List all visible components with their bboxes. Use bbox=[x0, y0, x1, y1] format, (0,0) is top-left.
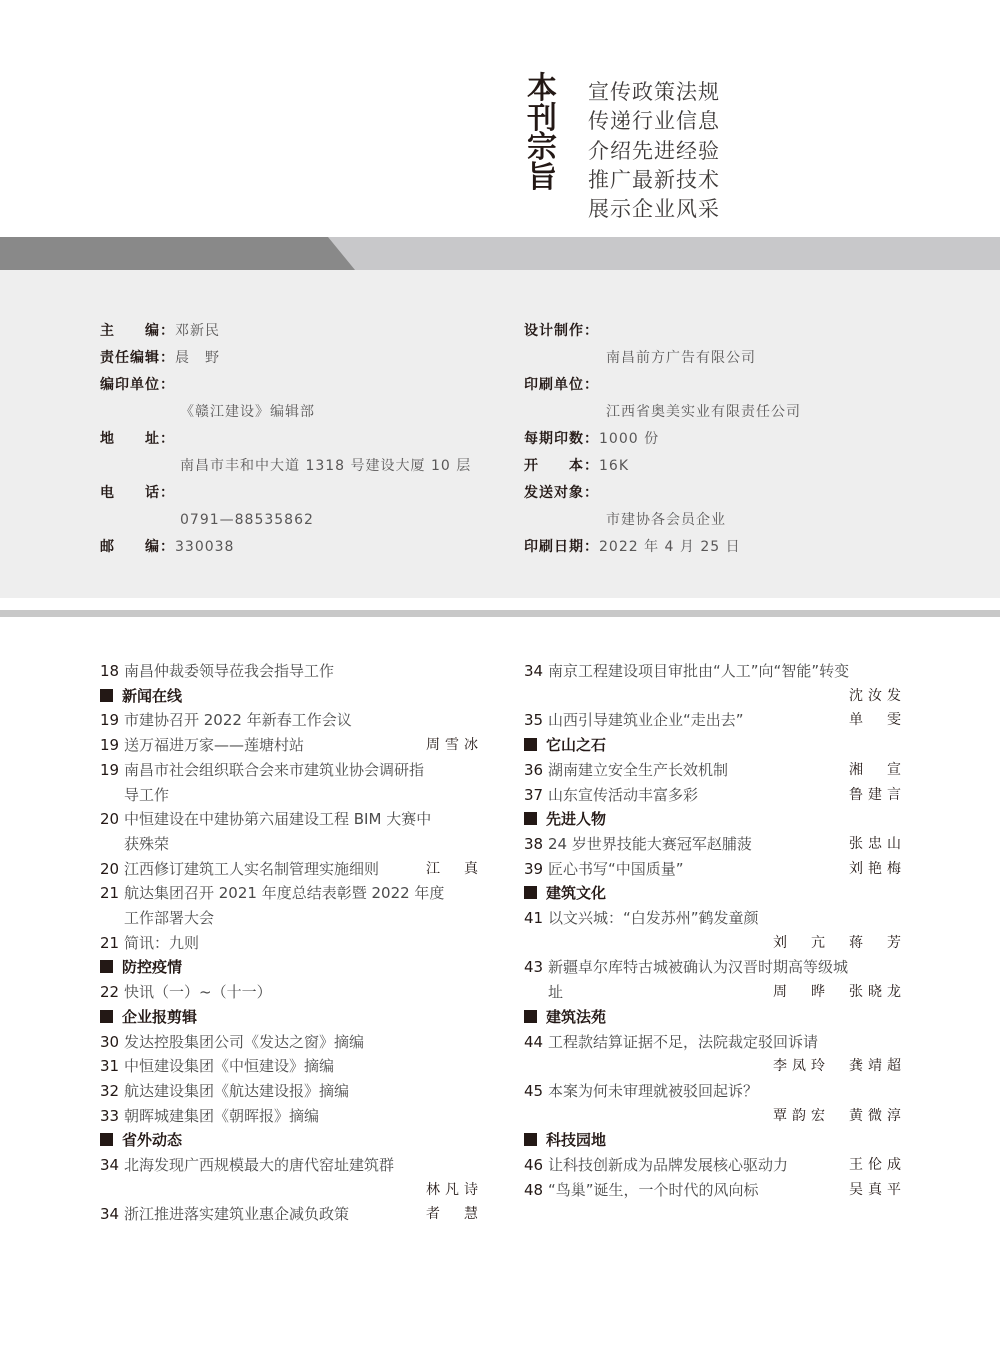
toc-entry[interactable]: 34北海发现广西规模最大的唐代窑址建筑群 bbox=[100, 1153, 478, 1178]
masthead-row: 编印单位： bbox=[100, 375, 175, 395]
article-title: 工程款结算证据不足，法院裁定驳回诉请 bbox=[548, 1033, 818, 1051]
masthead-value: 江西省奥美实业有限责任公司 bbox=[606, 404, 801, 420]
masthead-row: 电 话： bbox=[100, 483, 175, 503]
masthead-value: 330038 bbox=[175, 537, 234, 557]
article-title: 送万福进万家——莲塘村站 bbox=[124, 736, 304, 754]
masthead-label: 开 本： bbox=[524, 456, 599, 476]
toc-entry[interactable]: 41以文兴城：“白发苏州”鹤发童颜 bbox=[524, 906, 901, 931]
toc-section-heading: 它山之石 bbox=[524, 733, 901, 758]
masthead-row: 发送对象： bbox=[524, 483, 599, 503]
article-title-continued: 获殊荣 bbox=[124, 835, 169, 853]
page-number: 20 bbox=[100, 857, 124, 882]
square-bullet-icon bbox=[524, 738, 537, 751]
masthead-row: 印刷单位： bbox=[524, 375, 599, 395]
motto-line: 展示企业风采 bbox=[588, 195, 720, 224]
toc-section-heading: 建筑文化 bbox=[524, 881, 901, 906]
article-title: 发达控股集团公司《发达之窗》摘编 bbox=[124, 1033, 364, 1051]
masthead-row: 市建协各会员企业 bbox=[606, 510, 726, 530]
masthead-value: 南昌市丰和中大道 1318 号建设大厦 10 层 bbox=[180, 458, 471, 474]
section-title: 新闻在线 bbox=[122, 687, 182, 705]
masthead-value: 南昌前方广告有限公司 bbox=[606, 350, 756, 366]
toc-entry[interactable]: 20中恒建设在中建协第六届建设工程 BIM 大赛中 bbox=[100, 807, 478, 832]
author-name: 鲁建言 bbox=[849, 783, 906, 808]
toc-entry[interactable]: 21简讯：九则 bbox=[100, 931, 478, 956]
article-title: 匠心书写“中国质量” bbox=[548, 860, 684, 878]
article-title: 山西引导建筑业企业“走出去” bbox=[548, 711, 744, 729]
author-name: 者 慧 bbox=[426, 1202, 483, 1227]
masthead-value: 2022 年 4 月 25 日 bbox=[599, 537, 741, 557]
masthead-label: 编印单位： bbox=[100, 375, 175, 395]
toc-section-heading: 先进人物 bbox=[524, 807, 901, 832]
article-title-continued: 址 bbox=[548, 983, 563, 1001]
toc-entry[interactable]: 34浙江推进落实建筑业惠企减负政策者 慧 bbox=[100, 1202, 478, 1227]
page-number: 36 bbox=[524, 758, 548, 783]
masthead-row: 设计制作： bbox=[524, 321, 599, 341]
author-name: 覃韵宏 黄微淳 bbox=[524, 1104, 906, 1129]
square-bullet-icon bbox=[100, 1133, 113, 1146]
square-bullet-icon bbox=[100, 960, 113, 973]
page-number: 44 bbox=[524, 1030, 548, 1055]
divider-stripe bbox=[0, 610, 1000, 617]
motto-title-char: 宗 bbox=[520, 133, 564, 163]
masthead-row: 南昌市丰和中大道 1318 号建设大厦 10 层 bbox=[180, 456, 471, 476]
section-title: 省外动态 bbox=[122, 1131, 182, 1149]
section-title: 科技园地 bbox=[546, 1131, 606, 1149]
masthead-label: 发送对象： bbox=[524, 483, 599, 503]
toc-section-heading: 建筑法苑 bbox=[524, 1005, 901, 1030]
page-number: 30 bbox=[100, 1030, 124, 1055]
motto-line: 推广最新技术 bbox=[588, 166, 720, 195]
masthead-value: 1000 份 bbox=[599, 429, 659, 449]
toc-entry[interactable]: 3824 岁世界技能大赛冠军赵脯菠张忠山 bbox=[524, 832, 901, 857]
toc-entry-continuation: 导工作 bbox=[100, 783, 478, 808]
masthead-label: 责任编辑： bbox=[100, 348, 175, 368]
toc-section-heading: 企业报剪辑 bbox=[100, 1005, 478, 1030]
article-title: 朝晖城建集团《朝晖报》摘编 bbox=[124, 1107, 319, 1125]
masthead-row: 责任编辑：晨 野 bbox=[100, 348, 220, 368]
author-name: 吴真平 bbox=[849, 1178, 906, 1203]
author-name: 江 真 bbox=[426, 857, 483, 882]
section-title: 防控疫情 bbox=[122, 958, 182, 976]
toc-entry[interactable]: 32航达建设集团《航达建设报》摘编 bbox=[100, 1079, 478, 1104]
toc-entry[interactable]: 37山东宣传活动丰富多彩鲁建言 bbox=[524, 783, 901, 808]
page-number: 20 bbox=[100, 807, 124, 832]
masthead-value: 邓新民 bbox=[175, 321, 220, 341]
toc-section-heading: 防控疫情 bbox=[100, 955, 478, 980]
masthead-value: 市建协各会员企业 bbox=[606, 512, 726, 528]
motto-line: 传递行业信息 bbox=[588, 107, 720, 136]
article-title: 航达集团召开 2021 年度总结表彰暨 2022 年度 bbox=[124, 884, 444, 902]
page-number: 37 bbox=[524, 783, 548, 808]
article-title: 南昌仲裁委领导莅我会指导工作 bbox=[124, 662, 334, 680]
article-title: 航达建设集团《航达建设报》摘编 bbox=[124, 1082, 349, 1100]
toc-entry[interactable]: 21航达集团召开 2021 年度总结表彰暨 2022 年度 bbox=[100, 881, 478, 906]
section-title: 建筑法苑 bbox=[546, 1008, 606, 1026]
article-title: 中恒建设集团《中恒建设》摘编 bbox=[124, 1057, 334, 1075]
page-number: 48 bbox=[524, 1178, 548, 1203]
toc-entry[interactable]: 44工程款结算证据不足，法院裁定驳回诉请 bbox=[524, 1030, 901, 1055]
author-name: 周雪冰 bbox=[426, 733, 483, 758]
author-name: 张忠山 bbox=[849, 832, 906, 857]
motto-line: 介绍先进经验 bbox=[588, 137, 720, 166]
toc-entry[interactable]: 43新疆卓尔库特古城被确认为汉晋时期高等级城 bbox=[524, 955, 901, 980]
author-name: 沈汝发 bbox=[524, 684, 906, 709]
toc-section-heading: 科技园地 bbox=[524, 1128, 901, 1153]
article-title: 本案为何未审理就被驳回起诉？ bbox=[548, 1082, 758, 1100]
article-title: 以文兴城：“白发苏州”鹤发童颜 bbox=[548, 909, 759, 927]
square-bullet-icon bbox=[524, 1133, 537, 1146]
toc-entry[interactable]: 36湖南建立安全生产长效机制湘 宣 bbox=[524, 758, 901, 783]
page-number: 22 bbox=[100, 980, 124, 1005]
page-number: 33 bbox=[100, 1104, 124, 1129]
masthead-row: 主 编：邓新民 bbox=[100, 321, 220, 341]
masthead-value: 《赣江建设》编辑部 bbox=[180, 404, 315, 420]
author-name: 单 雯 bbox=[849, 708, 906, 733]
page-number: 19 bbox=[100, 758, 124, 783]
article-title: 新疆卓尔库特古城被确认为汉晋时期高等级城 bbox=[548, 958, 848, 976]
toc-entry[interactable]: 18南昌仲裁委领导莅我会指导工作 bbox=[100, 659, 478, 684]
masthead-row: 江西省奥美实业有限责任公司 bbox=[606, 402, 801, 422]
author-name: 王伦成 bbox=[849, 1153, 906, 1178]
article-title: “鸟巢”诞生，一个时代的风向标 bbox=[548, 1181, 759, 1199]
page-number: 39 bbox=[524, 857, 548, 882]
article-title: 江西修订建筑工人实名制管理实施细则 bbox=[124, 860, 379, 878]
header-band-dark-segment bbox=[0, 237, 355, 270]
masthead-row: 开 本：16K bbox=[524, 456, 629, 476]
article-title: 中恒建设在中建协第六届建设工程 BIM 大赛中 bbox=[124, 810, 431, 828]
page-number: 31 bbox=[100, 1054, 124, 1079]
page-number: 34 bbox=[100, 1153, 124, 1178]
toc-entry[interactable]: 19送万福进万家——莲塘村站周雪冰 bbox=[100, 733, 478, 758]
page-number: 21 bbox=[100, 931, 124, 956]
page-number: 19 bbox=[100, 733, 124, 758]
masthead-row: 《赣江建设》编辑部 bbox=[180, 402, 315, 422]
page-number: 32 bbox=[100, 1079, 124, 1104]
author-name: 林凡诗 bbox=[100, 1178, 483, 1203]
page-number: 18 bbox=[100, 659, 124, 684]
article-title: 快讯（一）~（十一） bbox=[124, 983, 272, 1001]
article-title: 让科技创新成为品牌发展核心驱动力 bbox=[548, 1156, 788, 1174]
toc-entry[interactable]: 39匠心书写“中国质量”刘艳梅 bbox=[524, 857, 901, 882]
author-name: 刘 亢 蒋 芳 bbox=[524, 931, 906, 956]
masthead-row: 邮 编：330038 bbox=[100, 537, 234, 557]
toc-entry[interactable]: 33朝晖城建集团《朝晖报》摘编 bbox=[100, 1104, 478, 1129]
page-number: 41 bbox=[524, 906, 548, 931]
article-title: 湖南建立安全生产长效机制 bbox=[548, 761, 728, 779]
toc-entry-continuation: 获殊荣 bbox=[100, 832, 478, 857]
masthead-value: 晨 野 bbox=[175, 348, 220, 368]
article-title: 山东宣传活动丰富多彩 bbox=[548, 786, 698, 804]
page-number: 38 bbox=[524, 832, 548, 857]
toc-entry[interactable]: 46让科技创新成为品牌发展核心驱动力王伦成 bbox=[524, 1153, 901, 1178]
page-number: 34 bbox=[524, 659, 548, 684]
page-number: 35 bbox=[524, 708, 548, 733]
masthead-row: 南昌前方广告有限公司 bbox=[606, 348, 756, 368]
masthead-row: 0791—88535862 bbox=[180, 510, 314, 530]
article-title: 24 岁世界技能大赛冠军赵脯菠 bbox=[548, 835, 752, 853]
section-title: 企业报剪辑 bbox=[122, 1008, 197, 1026]
toc-section-heading: 新闻在线 bbox=[100, 684, 478, 709]
masthead-row: 地 址： bbox=[100, 429, 175, 449]
author-name: 周 晔 张晓龙 bbox=[773, 980, 906, 1005]
toc-left-column: 18南昌仲裁委领导莅我会指导工作新闻在线19市建协召开 2022 年新春工作会议… bbox=[100, 659, 478, 1227]
toc-entry[interactable]: 31中恒建设集团《中恒建设》摘编 bbox=[100, 1054, 478, 1079]
square-bullet-icon bbox=[524, 1010, 537, 1023]
motto-title-char: 旨 bbox=[520, 163, 564, 193]
header-band bbox=[0, 237, 1000, 270]
masthead-label: 印刷单位： bbox=[524, 375, 599, 395]
masthead-label: 设计制作： bbox=[524, 321, 599, 341]
section-title: 先进人物 bbox=[546, 810, 606, 828]
article-title: 北海发现广西规模最大的唐代窑址建筑群 bbox=[124, 1156, 394, 1174]
author-name: 李凤玲 龚靖超 bbox=[524, 1054, 906, 1079]
article-title: 市建协召开 2022 年新春工作会议 bbox=[124, 711, 352, 729]
masthead-value: 16K bbox=[599, 456, 629, 476]
toc-section-heading: 省外动态 bbox=[100, 1128, 478, 1153]
article-title-continued: 导工作 bbox=[124, 786, 169, 804]
motto-title-char: 刊 bbox=[520, 104, 564, 134]
author-name: 湘 宣 bbox=[849, 758, 906, 783]
toc-entry[interactable]: 19南昌市社会组织联合会来市建筑业协会调研指 bbox=[100, 758, 478, 783]
toc-entry[interactable]: 22快讯（一）~（十一） bbox=[100, 980, 478, 1005]
masthead-row: 印刷日期：2022 年 4 月 25 日 bbox=[524, 537, 741, 557]
motto-line: 宣传政策法规 bbox=[588, 78, 720, 107]
square-bullet-icon bbox=[100, 689, 113, 702]
square-bullet-icon bbox=[524, 886, 537, 899]
masthead-value: 0791—88535862 bbox=[180, 512, 314, 528]
page-number: 21 bbox=[100, 881, 124, 906]
toc-entry[interactable]: 35山西引导建筑业企业“走出去”单 雯 bbox=[524, 708, 901, 733]
toc-entry[interactable]: 19市建协召开 2022 年新春工作会议 bbox=[100, 708, 478, 733]
page-number: 43 bbox=[524, 955, 548, 980]
square-bullet-icon bbox=[524, 812, 537, 825]
masthead-label: 电 话： bbox=[100, 483, 175, 503]
masthead-label: 主 编： bbox=[100, 321, 175, 341]
masthead-row: 每期印数：1000 份 bbox=[524, 429, 659, 449]
motto-title: 本 刊 宗 旨 bbox=[520, 74, 564, 192]
toc-right-column: 34南京工程建设项目审批由“人工”向“智能”转变沈汝发35山西引导建筑业企业“走… bbox=[524, 659, 901, 1202]
page-number: 45 bbox=[524, 1079, 548, 1104]
page-number: 46 bbox=[524, 1153, 548, 1178]
article-title: 浙江推进落实建筑业惠企减负政策 bbox=[124, 1205, 349, 1223]
article-title: 南京工程建设项目审批由“人工”向“智能”转变 bbox=[548, 662, 849, 680]
article-title: 简讯：九则 bbox=[124, 934, 199, 952]
masthead-label: 地 址： bbox=[100, 429, 175, 449]
toc-entry[interactable]: 30发达控股集团公司《发达之窗》摘编 bbox=[100, 1030, 478, 1055]
page-number: 34 bbox=[100, 1202, 124, 1227]
page-number: 19 bbox=[100, 708, 124, 733]
toc-entry[interactable]: 34南京工程建设项目审批由“人工”向“智能”转变 bbox=[524, 659, 901, 684]
masthead-label: 邮 编： bbox=[100, 537, 175, 557]
motto-lines: 宣传政策法规 传递行业信息 介绍先进经验 推广最新技术 展示企业风采 bbox=[588, 78, 720, 224]
author-name: 刘艳梅 bbox=[849, 857, 906, 882]
toc-entry-continuation: 工作部署大会 bbox=[100, 906, 478, 931]
masthead-label: 印刷日期： bbox=[524, 537, 599, 557]
motto-title-char: 本 bbox=[520, 74, 564, 104]
article-title-continued: 工作部署大会 bbox=[124, 909, 214, 927]
article-title: 南昌市社会组织联合会来市建筑业协会调研指 bbox=[124, 761, 424, 779]
section-title: 建筑文化 bbox=[546, 884, 606, 902]
square-bullet-icon bbox=[100, 1010, 113, 1023]
section-title: 它山之石 bbox=[546, 736, 606, 754]
toc-entry-continuation: 址周 晔 张晓龙 bbox=[524, 980, 901, 1005]
masthead-label: 每期印数： bbox=[524, 429, 599, 449]
toc-entry[interactable]: 20江西修订建筑工人实名制管理实施细则江 真 bbox=[100, 857, 478, 882]
toc-entry[interactable]: 45本案为何未审理就被驳回起诉？ bbox=[524, 1079, 901, 1104]
toc-entry[interactable]: 48“鸟巢”诞生，一个时代的风向标吴真平 bbox=[524, 1178, 901, 1203]
